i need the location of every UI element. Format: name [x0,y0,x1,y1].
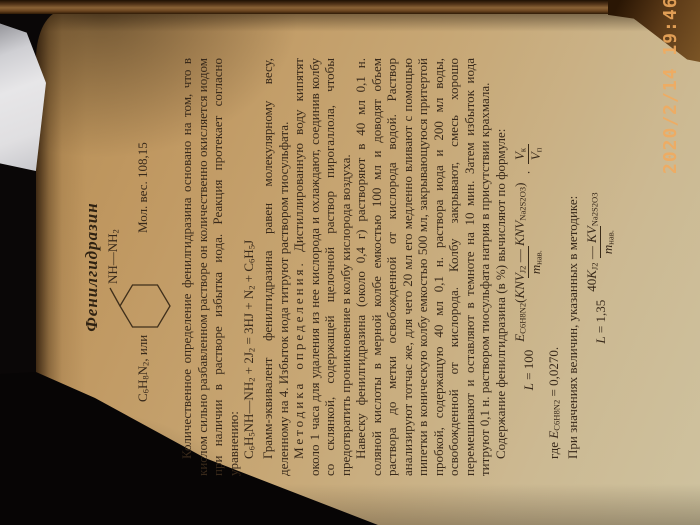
formula-1-volume-denominator: Vп [528,144,544,165]
paragraph-6: При значениях величин, указанных в метод… [565,58,581,476]
formula-1-volume-numerator: Vк [513,146,528,162]
formula-2-lhs: L = 1,35 [593,300,609,344]
method-heading: Методика определения. [291,260,306,459]
formula-2-numerator: 40KJ2 — KVNa2S2O3 [585,190,600,293]
page-title: Фенилгидразин [83,58,101,476]
paragraph-1: Количественное определение фенилгидразин… [179,58,241,476]
where-line: где EC6H8N2 = 0,0270. [546,58,565,476]
empirical-formula: C6H8N2, или [135,335,154,402]
formula-2-fraction: 40KJ2 — KVNa2S2O3 mнав. [585,190,616,293]
paragraph-3: Методика определения. Дистиллированную в… [291,58,353,476]
camera-timestamp: 2020/2/14 19:46 [660,8,681,174]
page-content: Фенилгидразин C6H8N2, или NH—NH2 Мол. ве… [55,12,700,522]
text-column: Фенилгидразин C6H8N2, или NH—NH2 Мол. ве… [83,58,618,476]
substituent-group: NH—NH2 [105,229,124,284]
formula-1-lhs: L = 100 [521,350,537,391]
formula-1-fraction: EC6H8N2(KNVJ2 — KNVNa2S2O3) mнав. [513,181,544,344]
paragraph-5: Содержание фенилгидразина (в %) вычисляю… [493,58,509,476]
chemical-equation: C6H5NH—NH2 + 2J2 = 3HJ + N2 + C6H5J [241,58,260,476]
molecular-weight: Мол. вес. 108,15 [135,142,151,233]
book-photo: Фенилгидразин C6H8N2, или NH—NH2 Мол. ве… [0,0,700,525]
formula-1-denominator: mнав. [528,246,544,278]
formula-2: L = 1,35 40KJ2 — KVNa2S2O3 mнав. [585,58,616,476]
formula-2-denominator: mнав. [600,226,616,258]
formula-1-numerator: EC6H8N2(KNVJ2 — KNVNa2S2O3) [513,181,528,344]
structural-formula: C6H8N2, или NH—NH2 Мол. вес. 108,15 [105,58,167,476]
formula-1: L = 100 EC6H8N2(KNVJ2 — KNVNa2S2O3) mнав… [513,58,544,476]
formula-1-volume-fraction: Vк Vп [513,144,544,165]
paragraph-2: Грамм-эквивалент фенилгидразина равен мо… [260,58,291,476]
multiplication-dot: · [521,170,537,174]
paragraph-4: Навеску фенилгидразина (около 0,4 г) рас… [353,58,493,476]
